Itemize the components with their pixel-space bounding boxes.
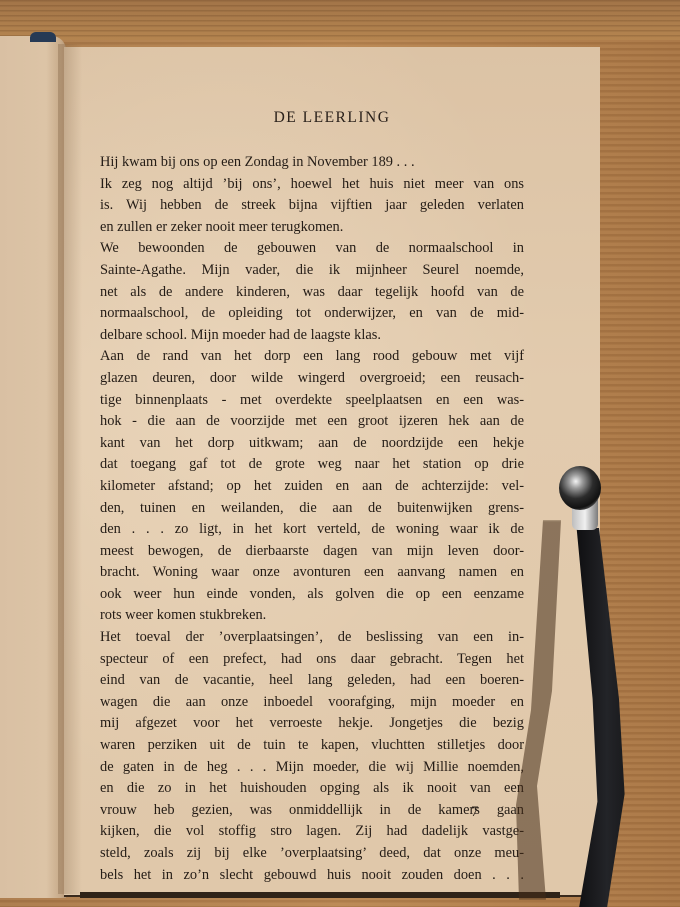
book-page: DE LEERLING Hij kwam bij ons op een Zond… xyxy=(64,47,600,895)
text-line: en die zo in het huishouden opging als i… xyxy=(100,778,524,800)
page-number: 7 xyxy=(471,804,479,821)
left-page-edge xyxy=(0,36,66,898)
spine-shadow xyxy=(58,44,82,894)
text-line: delbare school. Mijn moeder had de laags… xyxy=(100,325,524,347)
wooden-table-background xyxy=(0,0,680,40)
text-line: Ik zeg nog altijd ’bij ons’, hoewel het … xyxy=(100,174,524,196)
text-line: wagen die aan onze inboedel voorafging, … xyxy=(100,692,524,714)
text-line: steld, zoals zij bij elke ’overplaatsing… xyxy=(100,843,524,865)
text-line: Het toeval der ’overplaatsingen’, de bes… xyxy=(100,627,524,649)
book-clip-ball-tip xyxy=(559,466,601,510)
running-head: DE LEERLING xyxy=(64,109,600,127)
book-cover-edge xyxy=(80,892,560,898)
text-line: waren perziken uit de tuin te kapen, vlu… xyxy=(100,735,524,757)
bookmark-ribbon xyxy=(30,32,56,42)
text-line: vrouw heb gezien, was onmiddellijk in de… xyxy=(100,800,524,822)
text-line: hok - die aan de voorzijde met een groot… xyxy=(100,411,524,433)
text-line: bels het in zo’n slecht gebouwd huis noo… xyxy=(100,865,524,887)
text-line: Sainte-Agathe. Mijn vader, die ik mijnhe… xyxy=(100,260,524,282)
text-line: eind van de vacantie, heel lang geleden,… xyxy=(100,670,524,692)
text-line: net als de andere kinderen, was daar teg… xyxy=(100,282,524,304)
text-line: Aan de rand van het dorp een lang rood g… xyxy=(100,346,524,368)
text-line: tige binnenplaats - met overdekte speelp… xyxy=(100,390,524,412)
text-line: den . . . zo ligt, in het kort verteld, … xyxy=(100,519,524,541)
text-line: specteur of een prefect, had ons daar ge… xyxy=(100,649,524,671)
text-line: normaalschool, de opleiding tot onderwij… xyxy=(100,303,524,325)
page-body-text: Hij kwam bij ons op een Zondag in Novemb… xyxy=(100,152,524,886)
text-line: ook weer hun einde vonden, als golven di… xyxy=(100,584,524,606)
text-line: We bewoonden de gebouwen van de normaals… xyxy=(100,238,524,260)
text-line: is. Wij hebben de streek bijna vijftien … xyxy=(100,195,524,217)
text-line: glazen deuren, door wilde wingerd overgr… xyxy=(100,368,524,390)
text-line: den, tuinen en weilanden, die aan de bui… xyxy=(100,498,524,520)
text-line: de gaten in de heg . . . Mijn moeder, di… xyxy=(100,757,524,779)
text-line: dat toegang gaf tot de grote weg naar he… xyxy=(100,454,524,476)
text-line: rots weer komen stukbreken. xyxy=(100,605,524,627)
text-line: mij afgezet voor het verroeste hekje. Jo… xyxy=(100,713,524,735)
text-line: kilometer afstand; op het zuiden en aan … xyxy=(100,476,524,498)
text-line: en zullen er zeker nooit meer terugkomen… xyxy=(100,217,524,239)
text-line: Hij kwam bij ons op een Zondag in Novemb… xyxy=(100,152,524,174)
text-line: bracht. Woning waar onze avonturen een a… xyxy=(100,562,524,584)
text-line: meest bewogen, de dierbaarste dagen van … xyxy=(100,541,524,563)
text-line: kant van het dorp uitkwam; aan de noordz… xyxy=(100,433,524,455)
text-line: kijken, die vol stoffig stro lagen. Zij … xyxy=(100,821,524,843)
